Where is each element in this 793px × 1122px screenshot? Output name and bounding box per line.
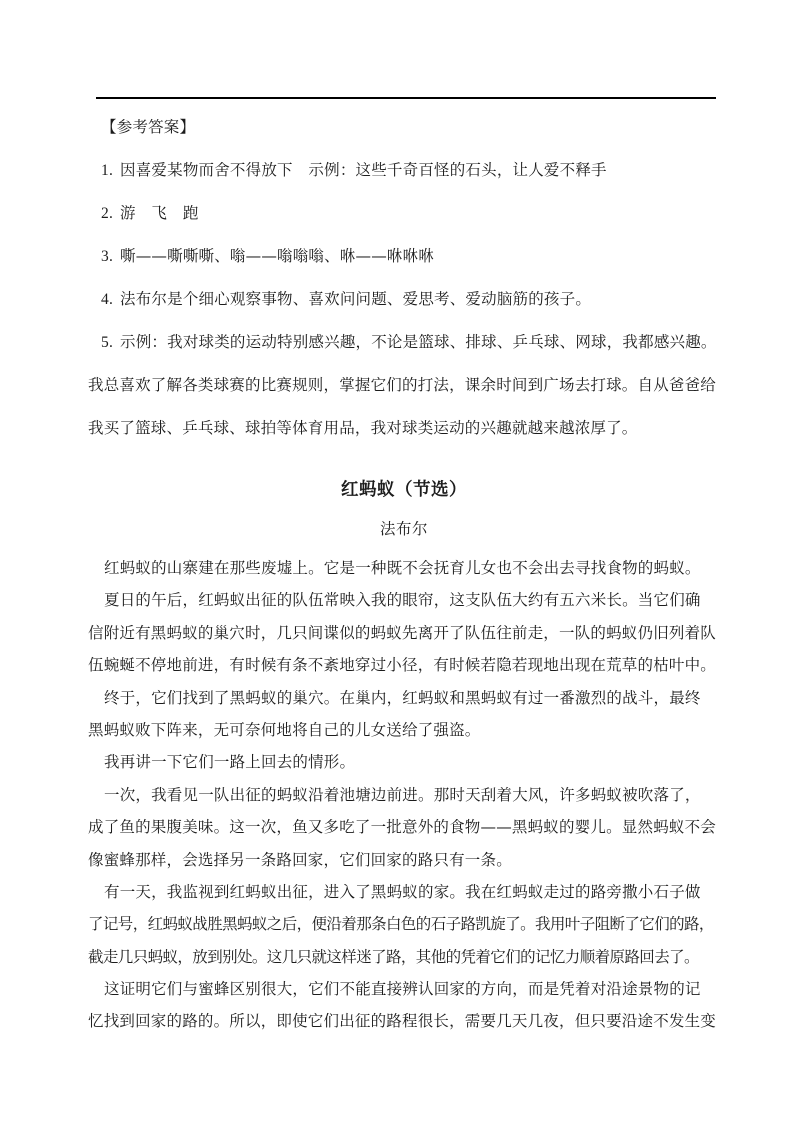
answer-number: 2. <box>101 205 113 222</box>
header-divider-rule <box>96 97 716 99</box>
answer-continuation-line: 我总喜欢了解各类球赛的比赛规则，掌握它们的打法，课余时间到广场去打球。自从爸爸给 <box>88 364 720 407</box>
answers-header: 【参考答案】 <box>88 106 720 149</box>
passage-line: 成了鱼的果腹美味。这一次，鱼又多吃了一批意外的食物——黑蚂蚁的婴儿。显然蚂蚁不会 <box>88 811 720 843</box>
passage-line: 我再讲一下它们一路上回去的情形。 <box>88 746 720 778</box>
passage-line: 黑蚂蚁败下阵来，无可奈何地将自己的儿女送给了强盗。 <box>88 714 720 746</box>
passage-line: 截走几只蚂蚁，放到别处。这几只就这样迷了路，其他的凭着它们的记忆力顺着原路回去了… <box>88 941 720 973</box>
passage-line: 终于，它们找到了黑蚂蚁的巢穴。在巢内，红蚂蚁和黑蚂蚁有过一番激烈的战斗，最终 <box>88 682 720 714</box>
answers-section: 【参考答案】 1.因喜爱某物而舍不得放下 示例：这些千奇百怪的石头，让人爱不释手… <box>88 106 720 450</box>
passage-line: 一次，我看见一队出征的蚂蚁沿着池塘边前进。那时天刮着大风，许多蚂蚁被吹落了， <box>88 779 720 811</box>
passage-line: 伍蜿蜒不停地前进，有时候有条不紊地穿过小径，有时候若隐若现地出现在荒草的枯叶中。 <box>88 649 720 681</box>
passage-line: 红蚂蚁的山寨建在那些废墟上。它是一种既不会抚育儿女也不会出去寻找食物的蚂蚁。 <box>88 552 720 584</box>
answer-item: 4.法布尔是个细心观察事物、喜欢问问题、爱思考、爱动脑筋的孩子。 <box>88 278 720 321</box>
answer-item: 3.嘶——嘶嘶嘶、嗡——嗡嗡嗡、咻——咻咻咻 <box>88 235 720 278</box>
passage-line: 有一天，我监视到红蚂蚁出征，进入了黑蚂蚁的家。我在红蚂蚁走过的路旁撒小石子做 <box>88 876 720 908</box>
answer-number: 3. <box>101 248 113 265</box>
answer-text: 法布尔是个细心观察事物、喜欢问问题、爱思考、爱动脑筋的孩子。 <box>120 290 591 308</box>
passage-title: 红蚂蚁（节选） <box>88 472 720 508</box>
passage-line: 了记号，红蚂蚁战胜黑蚂蚁之后，便沿着那条白色的石子路凯旋了。我用叶子阻断了它们的… <box>88 908 720 940</box>
answer-text: 因喜爱某物而舍不得放下 示例：这些千奇百怪的石头，让人爱不释手 <box>120 161 607 179</box>
passage-line: 信附近有黑蚂蚁的巢穴时，几只间谍似的蚂蚁先离开了队伍往前走，一队的蚂蚁仍旧列着队 <box>88 617 720 649</box>
answer-text: 嘶——嘶嘶嘶、嗡——嗡嗡嗡、咻——咻咻咻 <box>120 247 434 265</box>
answer-item: 1.因喜爱某物而舍不得放下 示例：这些千奇百怪的石头，让人爱不释手 <box>88 149 720 192</box>
answer-number: 1. <box>101 162 113 179</box>
answer-text: 游 飞 跑 <box>120 204 199 222</box>
answer-text: 示例：我对球类的运动特别感兴趣，不论是篮球、排球、乒乓球、网球，我都感兴趣。 <box>120 333 717 351</box>
passage-line: 像蜜蜂那样，会选择另一条路回家，它们回家的路只有一条。 <box>88 844 720 876</box>
passage-line: 忆找到回家的路的。所以，即使它们出征的路程很长，需要几天几夜，但只要沿途不发生变 <box>88 1005 720 1037</box>
passage-author: 法布尔 <box>88 508 720 550</box>
answer-number: 4. <box>101 291 113 308</box>
answer-item: 5.示例：我对球类的运动特别感兴趣，不论是篮球、排球、乒乓球、网球，我都感兴趣。 <box>88 321 720 364</box>
passage-section: 红蚂蚁（节选） 法布尔 红蚂蚁的山寨建在那些废墟上。它是一种既不会抚育儿女也不会… <box>88 472 720 1038</box>
passage-line: 这证明它们与蜜蜂区别很大，它们不能直接辨认回家的方向，而是凭着对沿途景物的记 <box>88 973 720 1005</box>
answer-continuation-line: 我买了篮球、乒乓球、球拍等体育用品，我对球类运动的兴趣就越来越浓厚了。 <box>88 407 720 450</box>
answer-number: 5. <box>101 334 113 351</box>
passage-body: 红蚂蚁的山寨建在那些废墟上。它是一种既不会抚育儿女也不会出去寻找食物的蚂蚁。 夏… <box>88 552 720 1038</box>
answer-item: 2.游 飞 跑 <box>88 192 720 235</box>
document-page: 【参考答案】 1.因喜爱某物而舍不得放下 示例：这些千奇百怪的石头，让人爱不释手… <box>0 0 793 1122</box>
passage-line: 夏日的午后，红蚂蚁出征的队伍常映入我的眼帘，这支队伍大约有五六米长。当它们确 <box>88 584 720 616</box>
